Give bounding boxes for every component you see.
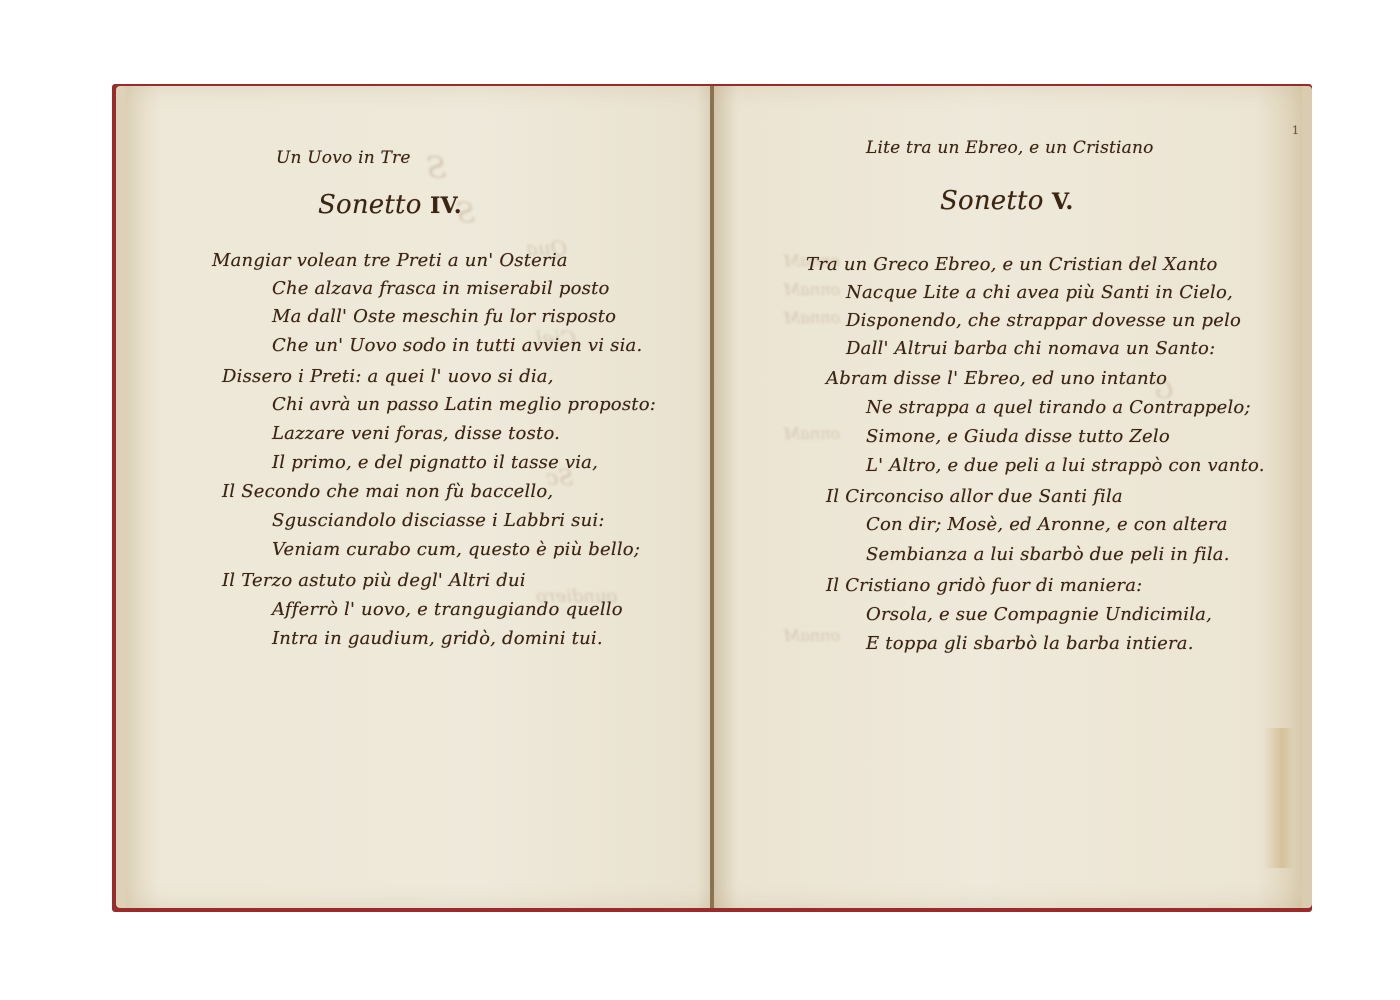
sonnet-number: IV.	[430, 193, 462, 219]
right-page-heading: Lite tra un Ebreo, e un Cristiano	[866, 138, 1154, 158]
verse-line: Con dir; Mosè, ed Aronne, e con altera	[866, 514, 1228, 535]
verse-line: Il Secondo che mai non fù baccello,	[222, 481, 553, 502]
verse-line: Lazzare veni foras, disse tosto.	[272, 423, 560, 444]
sonnet-label: Sonetto	[940, 186, 1044, 216]
verse-line: Veniam curabo cum, questo è più bello;	[272, 539, 640, 560]
verse-line: Sembianza a lui sbarbò due peli in fila.	[866, 544, 1230, 565]
page-number: 1	[1292, 124, 1299, 137]
sonnet-label: Sonetto	[318, 190, 422, 220]
verse-line: Intra in gaudium, gridò, domini tui.	[272, 628, 603, 649]
bleed-through-mark: onnaM	[784, 280, 840, 299]
left-page-title: Sonetto IV.	[318, 190, 462, 220]
sonnet-number: V.	[1052, 189, 1073, 215]
open-manuscript-book: S S Qua Ciel Sc oundiero Un Uovo in Tre …	[112, 84, 1312, 912]
verse-line: Che un' Uovo sodo in tutti avvien vi sia…	[272, 335, 642, 356]
verse-line: Ma dall' Oste meschin fu lor risposto	[272, 306, 616, 327]
verse-line: Il Circonciso allor due Santi fila	[826, 486, 1123, 507]
verse-line: Sgusciandolo disciasse i Labbri sui:	[272, 510, 605, 531]
verse-line: Tra un Greco Ebreo, e un Cristian del Xa…	[806, 254, 1218, 275]
verse-line: Il Cristiano gridò fuor di maniera:	[826, 575, 1142, 596]
verse-line: Simone, e Giuda disse tutto Zelo	[866, 426, 1170, 447]
left-page-heading: Un Uovo in Tre	[276, 148, 411, 168]
verse-line: Chi avrà un passo Latin meglio proposto:	[272, 394, 656, 415]
verse-line: Il primo, e del pignatto il tasse via,	[272, 452, 598, 473]
bleed-through-mark: onnaM	[784, 424, 840, 443]
verse-line: E toppa gli sbarbò la barba intiera.	[866, 633, 1194, 654]
bleed-through-mark: onnaM	[784, 308, 840, 327]
bleed-through-mark: S	[426, 151, 447, 186]
right-page-title: Sonetto V.	[940, 186, 1073, 216]
verse-line: Afferrò l' uovo, e trangugiando quello	[272, 599, 623, 620]
bleed-through-mark: onnaM	[784, 626, 840, 645]
verse-line: Orsola, e sue Compagnie Undicimila,	[866, 604, 1212, 625]
verse-line: Disponendo, che strappar dovesse un pelo	[846, 310, 1241, 331]
water-stain	[1264, 728, 1294, 868]
verse-line: Abram disse l' Ebreo, ed uno intanto	[826, 368, 1167, 389]
verse-line: Il Terzo astuto più degl' Altri dui	[222, 570, 526, 591]
verse-line: Mangiar volean tre Preti a un' Osteria	[212, 250, 568, 271]
verse-line: Dall' Altrui barba chi nomava un Santo:	[846, 338, 1215, 359]
verse-line: Nacque Lite a chi avea più Santi in Ciel…	[846, 282, 1233, 303]
left-page: S S Qua Ciel Sc oundiero Un Uovo in Tre …	[116, 86, 720, 908]
verse-line: Dissero i Preti: a quei l' uovo si dia,	[222, 366, 554, 387]
verse-line: Ne strappa a quel tirando a Contrappelo;	[866, 397, 1251, 418]
right-page: onnaM onnaM onnaM onnaM onnaM G 1 Lite t…	[714, 86, 1312, 908]
verse-line: Che alzava frasca in miserabil posto	[272, 278, 610, 299]
verse-line: L' Altro, e due peli a lui strappò con v…	[866, 455, 1265, 476]
